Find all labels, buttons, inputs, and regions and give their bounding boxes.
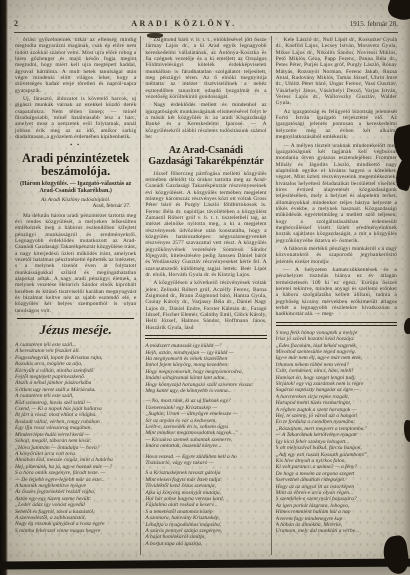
poem-line: A borjut tapa alá igazitja, [145, 541, 266, 547]
poem-line: Uramom, mely dal munkláti a vérbe... [276, 528, 397, 534]
poem-stanza: A módszert mutassák igy küldd —"Hejh, az… [145, 343, 266, 394]
body-paragraph: Nagy érdeklődés mellett és mindenhol az … [145, 102, 266, 140]
page-number: 2 [14, 19, 18, 28]
body-paragraph: Uj, fárasztó, áldozatot is követelő harc… [15, 96, 136, 140]
page-header: 2 ARADI KÖZLÖNY. 1915. február 28. [14, 19, 398, 33]
poem-line: Hogy könnyzajd harangszó száll szivemre … [145, 382, 266, 388]
poem-stanza: S a Krisztusképnek tavaszt gátoljaMint e… [145, 470, 266, 547]
poem-stanza: — No, most ránk, ki az uj fiuknak egy?Üz… [145, 398, 266, 449]
body-paragraph: Az igazgatóság és felügyelő bizottság je… [276, 109, 397, 141]
body-paragraph: A háborus mértékü pénzügyi munkásról s a… [276, 246, 397, 265]
column-3: Kele László dr., Null Lipót dr., Kossutz… [271, 36, 401, 555]
body-paragraph: óriási győzelmeinek titkát az ellenség m… [15, 37, 136, 94]
section-rule [17, 318, 134, 319]
names-list-paragraph: A közgyülésen a következő részvényesek v… [145, 280, 266, 331]
poem-line: Tisztásarló, vágy egy takaró — [145, 460, 266, 466]
body-paragraph: Zsigmond báró v. b. t. t., elnöklésével … [145, 37, 266, 100]
section-heading: Az Arad-Csanádi Gazdasági Takarékpénztár [147, 145, 264, 167]
body-paragraph: József főherczeg pártfogása melletti köz… [145, 171, 266, 279]
column-1: óriási győzelmeinek titkát az ellenség m… [11, 36, 140, 555]
poem-line: S mintha fehérszel vinne magas hegyre [15, 528, 136, 534]
poem-stanza: Hova vezesd. — Egyre züldülten kell a ho… [145, 454, 266, 467]
body-paragraph: Ma délután három aradi pénzintézet tarto… [15, 213, 136, 315]
feuilleton-title: Jézus meséje. [15, 323, 136, 337]
poem-line: Meg kanté ugy, de könnyebb is vonna... [145, 388, 266, 394]
feuilleton-poem: S meg fetik hónap vonagnék a melyjeIrisz… [276, 330, 397, 535]
scan-border-left [0, 0, 8, 575]
column-2: Zsigmond báró v. b. t. t., elnöklésével … [140, 36, 270, 555]
feuilleton-divider [145, 335, 266, 339]
feuilleton-poem: A módszert mutassák igy küldd —"Hejh, az… [145, 343, 266, 547]
page-edge-shadow [403, 0, 410, 575]
poem-stanza: S meg fetik hónap vonagnék a melyjeIrisz… [276, 330, 397, 535]
ink-blot-right [391, 126, 410, 192]
names-list-paragraph: Kele László dr., Null Lipót dr., Kossutz… [276, 37, 397, 107]
ink-nick-right [404, 318, 410, 334]
page-columns: óriási győzelmeinek titkát az ellenség m… [11, 36, 401, 555]
poem-stanza: A csatatéren téli este száll...A kereszt… [15, 342, 136, 534]
newspaper-page-scan: 2 ARADI KÖZLÖNY. 1915. február 28. óriás… [0, 0, 410, 575]
article-headline: Aradi pénzintézetek beszámolója. [15, 152, 136, 178]
feuilleton-poem: A csatatéren téli este száll...A kereszt… [15, 342, 136, 534]
poem-line: Imára omlottak, összenül könyve... [145, 443, 266, 449]
masthead-title: ARADI KÖZLÖNY. [131, 19, 236, 28]
article-subtitle: (Három közgyülés. — Igazgató-választás a… [15, 181, 136, 195]
ornament-mark: ▪ ▪ [15, 143, 136, 149]
issue-date: 1915. február 28. [350, 20, 398, 28]
body-paragraph: — A helyzeten kamatcsökkentések és a pén… [276, 267, 397, 318]
feuilleton-divider [276, 322, 397, 326]
body-paragraph: — A mélyen tisztelt uraknak mindenekelőt… [276, 143, 397, 245]
article-dateline: Arad, február 27. [15, 203, 130, 210]
